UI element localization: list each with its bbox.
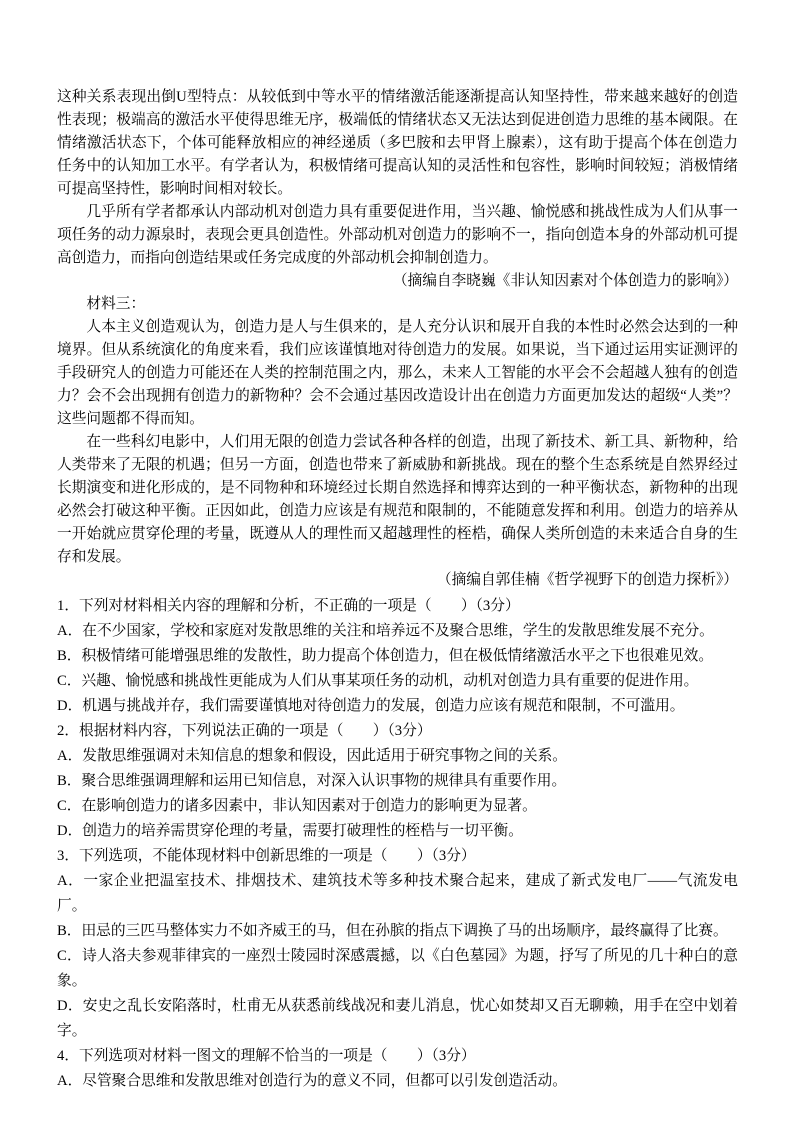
question-1-option-a: A．在不少国家，学校和家庭对发散思维的关注和培养远不及聚合思维，学生的发散思维发… [57, 619, 738, 644]
material-two-source-attribution: （摘编自李晓巍《非认知因素对个体创造力的影响》） [57, 270, 738, 293]
question-1-stem: 1．下列对材料相关内容的理解和分析，不正确的一项是（ ）（3分） [57, 594, 738, 619]
question-3-option-c: C．诗人洛夫参观菲律宾的一座烈士陵园时深感震撼，以《白色墓园》为题，抒写了所见的… [57, 944, 738, 994]
question-4-stem: 4．下列选项对材料一图文的理解不恰当的一项是（ ）（3分） [57, 1044, 738, 1069]
question-2-option-b: B．聚合思维强调理解和运用已知信息，对深入认识事物的规律具有重要作用。 [57, 769, 738, 794]
question-1: 1．下列对材料相关内容的理解和分析，不正确的一项是（ ）（3分） A．在不少国家… [57, 594, 738, 719]
exam-document-page: 这种关系表现出倒U型特点：从较低到中等水平的情绪激活能逐渐提高认知坚持性，带来越… [0, 0, 794, 1123]
question-3-option-b: B．田忌的三匹马整体实力不如齐威王的马，但在孙膑的指点下调换了马的出场顺序，最终… [57, 919, 738, 944]
material-two-paragraph-motivation: 几乎所有学者都承认内部动机对创造力具有重要促进作用，当兴趣、愉悦感和挑战性成为人… [57, 201, 738, 270]
page-content: 这种关系表现出倒U型特点：从较低到中等水平的情绪激活能逐渐提高认知坚持性，带来越… [57, 86, 738, 1094]
question-3: 3．下列选项，不能体现材料中创新思维的一项是（ ）（3分） A．一家企业把温室技… [57, 844, 738, 1044]
material-two-paragraph-continuation: 这种关系表现出倒U型特点：从较低到中等水平的情绪激活能逐渐提高认知坚持性，带来越… [57, 86, 738, 201]
material-three-source-attribution: （摘编自郭佳楠《哲学视野下的创造力探析》） [57, 569, 738, 592]
questions-section: 1．下列对材料相关内容的理解和分析，不正确的一项是（ ）（3分） A．在不少国家… [57, 594, 738, 1094]
question-2-option-a: A．发散思维强调对未知信息的想象和假设，因此适用于研究事物之间的关系。 [57, 744, 738, 769]
question-2-stem: 2．根据材料内容，下列说法正确的一项是（ ）（3分） [57, 719, 738, 744]
question-4: 4．下列选项对材料一图文的理解不恰当的一项是（ ）（3分） A．尽管聚合思维和发… [57, 1044, 738, 1094]
question-3-option-a: A．一家企业把温室技术、排烟技术、建筑技术等多种技术聚合起来，建成了新式发电厂—… [57, 869, 738, 919]
question-4-option-a: A．尽管聚合思维和发散思维对创造行为的意义不同，但都可以引发创造活动。 [57, 1069, 738, 1094]
question-2-option-d: D．创造力的培养需贯穿伦理的考量，需要打破理性的桎梏与一切平衡。 [57, 819, 738, 844]
material-three-section: 材料三： 人本主义创造观认为，创造力是人与生俱来的，是人充分认识和展开自我的本性… [57, 293, 738, 592]
material-three-heading: 材料三： [57, 293, 738, 316]
material-three-paragraph-humanism: 人本主义创造观认为，创造力是人与生俱来的，是人充分认识和展开自我的本性时必然会达… [57, 316, 738, 431]
question-2: 2．根据材料内容，下列说法正确的一项是（ ）（3分） A．发散思维强调对未知信息… [57, 719, 738, 844]
question-2-option-c: C．在影响创造力的诸多因素中，非认知因素对于创造力的影响更为显著。 [57, 794, 738, 819]
question-3-stem: 3．下列选项，不能体现材料中创新思维的一项是（ ）（3分） [57, 844, 738, 869]
question-3-option-d: D．安史之乱长安陷落时，杜甫无从获悉前线战况和妻儿消息，忧心如焚却又百无聊赖，用… [57, 994, 738, 1044]
material-three-paragraph-scifi: 在一些科幻电影中，人们用无限的创造力尝试各种各样的创造，出现了新技术、新工具、新… [57, 431, 738, 569]
question-1-option-b: B．积极情绪可能增强思维的发散性，助力提高个体创造力，但在极低情绪激活水平之下也… [57, 644, 738, 669]
question-1-option-c: C．兴趣、愉悦感和挑战性更能成为人们从事某项任务的动机，动机对创造力具有重要的促… [57, 669, 738, 694]
material-two-section: 这种关系表现出倒U型特点：从较低到中等水平的情绪激活能逐渐提高认知坚持性，带来越… [57, 86, 738, 293]
question-1-option-d: D．机遇与挑战并存，我们需要谨慎地对待创造力的发展，创造力应该有规范和限制，不可… [57, 694, 738, 719]
